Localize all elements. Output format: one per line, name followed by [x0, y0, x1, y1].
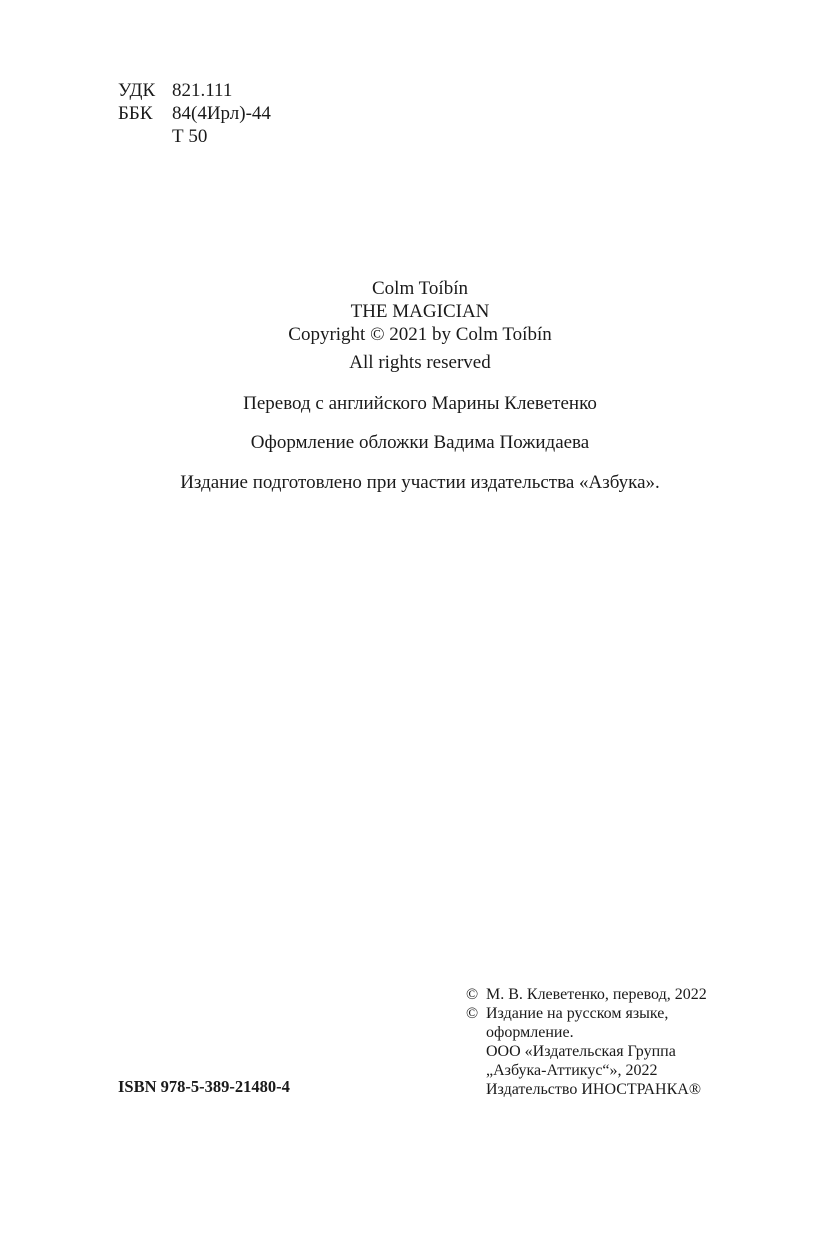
publisher-imprint: Издательство ИНОСТРАНКА®: [486, 1080, 701, 1099]
bbk-value: 84(4Ирл)-44: [172, 102, 271, 125]
bbk-label: ББК: [118, 102, 172, 125]
copyright-notice-translation: © М. В. Клеветенко, перевод, 2022: [466, 985, 707, 1004]
udk-value: 821.111: [172, 79, 232, 102]
isbn: ISBN 978-5-389-21480-4: [118, 1077, 290, 1097]
copyright-symbol: ©: [466, 1004, 486, 1023]
author-name: Colm Toíbín: [0, 277, 827, 300]
credits-block: Colm Toíbín THE MAGICIAN Copyright © 202…: [0, 277, 827, 346]
copyright-line: Copyright © 2021 by Colm Toíbín: [0, 323, 827, 346]
udk-label: УДК: [118, 79, 172, 102]
bbk-row: ББК 84(4Ирл)-44: [118, 102, 271, 125]
copyright-notices: © М. В. Клеветенко, перевод, 2022 © Изда…: [466, 985, 707, 1099]
classification-block: УДК 821.111 ББК 84(4Ирл)-44 Т 50: [118, 79, 271, 148]
copyright-symbol: ©: [466, 985, 486, 1004]
udk-row: УДК 821.111: [118, 79, 271, 102]
original-title: THE MAGICIAN: [0, 300, 827, 323]
cover-design-credit: Оформление обложки Вадима Пожидаева: [0, 432, 827, 454]
translation-credit: Перевод с английского Марины Клеветенко: [0, 393, 827, 415]
publisher-note: Издание подготовлено при участии издател…: [0, 472, 827, 494]
copyright-notice-edition: © Издание на русском языке,: [466, 1004, 707, 1023]
author-mark-row: Т 50: [118, 125, 271, 148]
rights-line: All rights reserved: [0, 352, 827, 374]
author-mark: Т 50: [172, 125, 207, 148]
